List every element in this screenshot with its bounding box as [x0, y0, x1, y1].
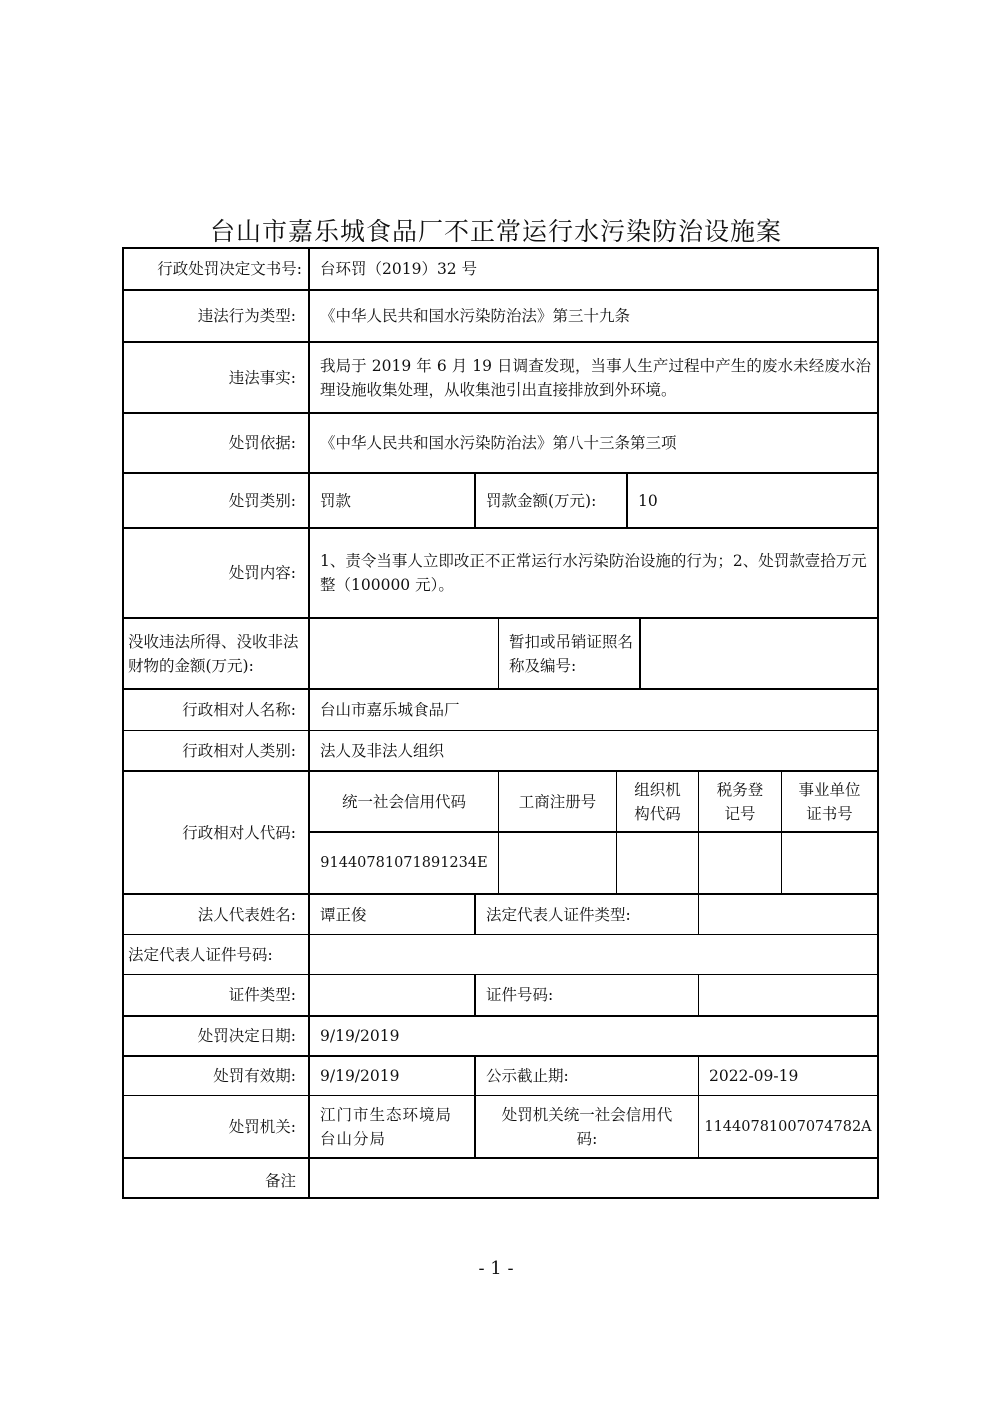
cert-type-label: 证件类型:	[124, 975, 308, 1015]
license-label: 暂扣或吊销证照名称及编号:	[499, 619, 639, 688]
category-label: 处罚类别:	[124, 474, 308, 527]
validity-value: 9/19/2019	[310, 1057, 474, 1095]
authority-value: 江门市生态环境局台山分局	[310, 1096, 474, 1157]
basis-value: 《中华人民共和国水污染防治法》第八十三条第三项	[310, 414, 877, 472]
cert-type-value	[310, 975, 474, 1015]
doc-no-value: 台环罚（2019）32 号	[310, 249, 877, 289]
basis-label: 处罚依据:	[124, 414, 308, 472]
violation-type-value: 《中华人民共和国水污染防治法》第三十九条	[310, 291, 877, 341]
party-code-label: 行政相对人代码:	[124, 772, 308, 893]
party-type-label: 行政相对人类别:	[124, 731, 308, 770]
party-name-value: 台山市嘉乐城食品厂	[310, 690, 877, 730]
authority-code-label: 处罚机关统一社会信用代码:	[476, 1096, 698, 1157]
code-header-org: 组织机构代码	[617, 772, 698, 831]
category-value: 罚款	[310, 474, 474, 527]
legal-rep-value: 谭正俊	[310, 895, 474, 934]
decision-date-label: 处罚决定日期:	[124, 1017, 308, 1055]
legal-rep-id-type-label: 法定代表人证件类型:	[476, 895, 698, 934]
fine-amount-label: 罚款金额(万元):	[476, 474, 626, 527]
legal-rep-id-label: 法定代表人证件号码:	[128, 935, 308, 974]
confiscation-value	[310, 619, 498, 688]
violation-type-label: 违法行为类型:	[124, 291, 308, 341]
code-value-institution	[782, 833, 877, 893]
deadline-label: 公示截止期:	[476, 1057, 698, 1095]
code-value-tax	[699, 833, 781, 893]
code-header-uscc: 统一社会信用代码	[310, 772, 498, 831]
code-value-uscc: 91440781071891234E	[310, 833, 498, 893]
document-title: 台山市嘉乐城食品厂不正常运行水污染防治设施案	[0, 212, 992, 248]
violation-fact-value: 我局于 2019 年 6 月 19 日调查发现，当事人生产过程中产生的废水未经废…	[310, 343, 877, 412]
cert-no-value	[699, 975, 877, 1015]
cert-no-label: 证件号码:	[476, 975, 698, 1015]
fine-amount-value: 10	[628, 474, 877, 527]
decision-date-value: 9/19/2019	[310, 1017, 877, 1055]
code-value-business-reg	[499, 833, 616, 893]
content-value: 1、责令当事人立即改正不正常运行水污染防治设施的行为；2、处罚款壹拾万元整（10…	[310, 529, 877, 617]
confiscation-label: 没收违法所得、没收非法财物的金额(万元):	[128, 619, 306, 688]
code-value-org	[617, 833, 698, 893]
authority-code-value: 11440781007074782A	[699, 1096, 877, 1157]
legal-rep-label: 法人代表姓名:	[124, 895, 308, 934]
remark-value	[310, 1159, 877, 1197]
license-value	[641, 619, 877, 688]
party-name-label: 行政相对人名称:	[124, 690, 308, 730]
validity-label: 处罚有效期:	[124, 1057, 308, 1095]
code-header-business-reg: 工商注册号	[499, 772, 616, 831]
violation-fact-label: 违法事实:	[124, 343, 308, 412]
legal-rep-id-type-value	[699, 895, 877, 934]
code-header-tax: 税务登记号	[699, 772, 781, 831]
content-label: 处罚内容:	[124, 529, 308, 617]
authority-label: 处罚机关:	[124, 1096, 308, 1157]
party-type-value: 法人及非法人组织	[310, 731, 877, 770]
remark-label: 备注	[124, 1159, 308, 1197]
deadline-value: 2022-09-19	[699, 1057, 877, 1095]
code-header-institution: 事业单位证书号	[782, 772, 877, 831]
legal-rep-id-value	[310, 935, 877, 974]
page-number: - 1 -	[0, 1258, 992, 1279]
doc-no-label: 行政处罚决定文书号:	[124, 249, 308, 289]
